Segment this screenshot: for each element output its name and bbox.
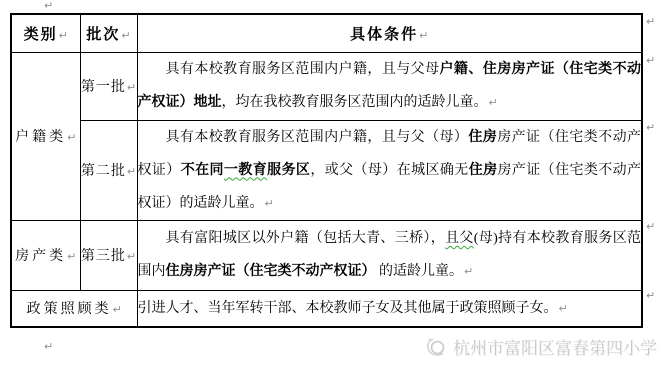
condition-text: 具有本校教育服务区范围内户籍，且与父母户籍、住房房产证（住宅类不动产权证）地址，…	[138, 62, 642, 110]
row-end-mark: ↵	[646, 55, 655, 66]
paragraph-mark: ↵	[489, 96, 498, 109]
official-account-logo-icon	[424, 335, 448, 359]
row-end-mark: ↵	[646, 16, 655, 27]
enrollment-criteria-table: 类别↵ 批次↵ 具体条件↵ 户籍类↵ 第一批↵ 具有本校教育服务区范围内户籍，且…	[10, 13, 643, 328]
cell-condition-3: 具有富阳城区以外户籍（包括大青、三桥），且父(母)持有本校教育服务区范围内住房房…	[137, 220, 642, 290]
school-name: 杭州市富阳区富春第四小学	[453, 334, 657, 359]
cell-batch-3: 第三批↵	[80, 220, 137, 290]
table-row: 政策照顾类↵ 引进人才、当年军转干部、本校教师子女及其他属于政策照顾子女。↵	[11, 290, 642, 327]
table-row: 房产类↵ 第三批↵ 具有富阳城区以外户籍（包括大青、三桥），且父(母)持有本校教…	[11, 220, 642, 290]
paragraph-mark: ↵	[113, 303, 122, 316]
row-end-mark: ↵	[646, 122, 655, 133]
paragraph-mark: ↵	[127, 165, 136, 178]
condition-text: 引进人才、当年军转干部、本校教师子女及其他属于政策照顾子女。	[138, 301, 558, 316]
paragraph-mark: ↵	[121, 29, 130, 42]
table-row: 户籍类↵ 第一批↵ 具有本校教育服务区范围内户籍，且与父母户籍、住房房产证（住宅…	[11, 52, 642, 120]
cell-condition-4: 引进人才、当年军转干部、本校教师子女及其他属于政策照顾子女。↵	[137, 290, 642, 327]
row-end-mark: ↵	[646, 221, 655, 232]
header-batch: 批次↵	[80, 14, 137, 52]
paragraph-mark: ↵	[265, 197, 274, 210]
paragraph-mark: ↵	[67, 250, 76, 263]
condition-text: 具有本校教育服务区范围内户籍，且与父（母）住房房产证（住宅类不动产权证）不在同一…	[138, 130, 642, 211]
cell-category-hukou: 户籍类↵	[11, 52, 80, 220]
cell-category-policy: 政策照顾类↵	[11, 290, 137, 327]
table-header-row: 类别↵ 批次↵ 具体条件↵	[11, 14, 642, 52]
table-row: 第二批↵ 具有本校教育服务区范围内户籍，且与父（母）住房房产证（住宅类不动产权证…	[11, 120, 642, 220]
condition-text: 具有富阳城区以外户籍（包括大青、三桥），且父(母)持有本校教育服务区范围内住房房…	[138, 231, 642, 279]
school-watermark: 杭州市富阳区富春第四小学	[424, 334, 657, 359]
paragraph-mark: ↵	[127, 250, 136, 263]
cell-category-property: 房产类↵	[11, 220, 80, 290]
cell-batch-1: 第一批↵	[80, 52, 137, 120]
document-page: ↵ 类别↵ 批次↵ 具体条件↵ 户籍类↵ 第一批↵ 具有本校教育服务区范围内户籍…	[0, 0, 671, 372]
header-category: 类别↵	[11, 14, 80, 52]
row-end-mark: ↵	[646, 290, 655, 301]
paragraph-mark: ↵	[59, 29, 68, 42]
paragraph-mark: ↵	[44, 341, 53, 352]
paragraph-mark: ↵	[559, 302, 568, 315]
paragraph-mark: ↵	[127, 81, 136, 94]
paragraph-mark: ↵	[67, 131, 76, 144]
cell-condition-2: 具有本校教育服务区范围内户籍，且与父（母）住房房产证（住宅类不动产权证）不在同一…	[137, 120, 642, 220]
cell-batch-2: 第二批↵	[80, 120, 137, 220]
paragraph-mark: ↵	[464, 265, 473, 278]
paragraph-mark: ↵	[44, 0, 53, 11]
header-condition: 具体条件↵	[137, 14, 642, 52]
cell-condition-1: 具有本校教育服务区范围内户籍，且与父母户籍、住房房产证（住宅类不动产权证）地址，…	[137, 52, 642, 120]
paragraph-mark: ↵	[419, 29, 428, 42]
